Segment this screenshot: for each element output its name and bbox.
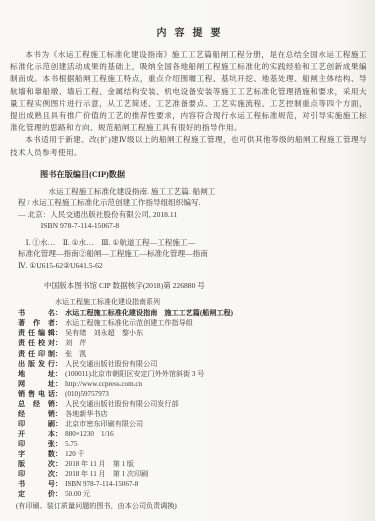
colophon-row: 字数：120 千: [18, 449, 367, 459]
colophon-value: 120 千: [65, 449, 85, 459]
colophon-value: 880×1230 1/16: [65, 429, 114, 439]
quality-note: (有印刷、装订质量问题的图书，由本公司负责调换): [16, 501, 367, 511]
colophon-row: 网址：http://www.ccpress.com.cn: [18, 379, 367, 389]
colophon-row: 定价：50.00 元: [18, 489, 367, 499]
colophon-colon: ：: [55, 349, 62, 359]
colophon-label: 总经销: [18, 399, 55, 409]
colophon-colon: ：: [55, 389, 62, 399]
colophon-row: 地址：(100011)北京市朝阳区安定门外外馆斜街 3 号: [18, 369, 367, 379]
colophon-colon: ：: [55, 469, 62, 479]
colophon-colon: ：: [55, 429, 62, 439]
series-title: 水运工程施工标准化建设指南系列: [55, 297, 367, 307]
cip-entry-line: ISBN 978-7-114-15067-8: [18, 220, 367, 232]
colophon-label: 地址: [18, 369, 55, 379]
copyright-page: 内容提要 本书为《水运工程施工标准化建设指南》施工工艺篇船闸工程分册，是在总结全…: [0, 0, 375, 521]
colophon-row: 出版发行：人民交通出版社股份有限公司: [18, 359, 367, 369]
colophon-row: 书名：水运工程施工标准化建设指南 施工工艺篇(船闸工程): [18, 308, 367, 318]
colophon-row: 责任印制：张 凯: [18, 349, 367, 359]
colophon-value: 水运工程施工标准化建设指南 施工工艺篇(船闸工程): [65, 308, 233, 318]
colophon-colon: ：: [55, 449, 62, 459]
cip-classification-line: Ⅰ. ①水… Ⅱ. ①水… Ⅲ. ①航道工程—工程施工—: [18, 237, 367, 249]
colophon-row: 销售电话：(010)59757973: [18, 389, 367, 399]
colophon-colon: ：: [55, 379, 62, 389]
colophon-label: 书号: [18, 479, 55, 489]
colophon-colon: ：: [55, 318, 62, 328]
content-summary: 本书为《水运工程施工标准化建设指南》施工工艺篇船闸工程分册，是在总结全国水运工程…: [10, 49, 367, 159]
cip-classification: Ⅰ. ①水… Ⅱ. ①水… Ⅲ. ①航道工程—工程施工—标准化管理—指南②船闸—…: [18, 237, 367, 272]
colophon-value: 水运工程施工标准化示范创建工作指导组: [65, 318, 193, 328]
colophon-colon: ：: [55, 479, 62, 489]
colophon-label: 经销: [18, 409, 55, 419]
colophon-label: 字数: [18, 449, 55, 459]
colophon-value: 北京市密东印刷有限公司: [65, 419, 143, 429]
colophon-label: 出版发行: [18, 359, 55, 369]
cip-heading: 图书在版编目(CIP)数据: [40, 169, 367, 180]
colophon-row: 经销：各地新华书店: [18, 409, 367, 419]
colophon-colon: ：: [55, 399, 62, 409]
colophon-value: http://www.ccpress.com.cn: [65, 380, 142, 388]
colophon-colon: ：: [55, 439, 62, 449]
colophon-colon: ：: [55, 489, 62, 499]
content-summary-heading: 内容提要: [10, 24, 367, 39]
colophon-label: 责任印制: [18, 349, 55, 359]
colophon-label: 印刷: [18, 419, 55, 429]
colophon-value: 吴有绪 刘永超 黎小东: [65, 328, 143, 338]
colophon-value: (010)59757973: [65, 390, 109, 398]
colophon-colon: ：: [55, 369, 62, 379]
cip-classification-line: Ⅳ. ①U615-62②U641.5-62: [18, 260, 367, 272]
colophon-row: 书号：ISBN 978-7-114-15067-8: [18, 479, 367, 489]
cip-entry-line: — 北京：人民交通出版社股份有限公司, 2018.11: [18, 209, 367, 221]
colophon: 书名：水运工程施工标准化建设指南 施工工艺篇(船闸工程)著作者：水运工程施工标准…: [18, 308, 367, 499]
cip-entry-line: 程 / 水运工程施工标准化示范创建工作指导组组织编写.: [18, 197, 367, 209]
cip-entry: 水运工程施工标准化建设指南. 施工工艺篇. 船闸工程 / 水运工程施工标准化示范…: [18, 186, 367, 232]
colophon-label: 开本: [18, 429, 55, 439]
cip-record-number: 中国版本图书馆 CIP 数据核字(2018)第 226880 号: [44, 280, 367, 291]
colophon-colon: ：: [55, 338, 62, 348]
colophon-colon: ：: [55, 459, 62, 469]
colophon-label: 版次: [18, 459, 55, 469]
colophon-label: 定价: [18, 489, 55, 499]
colophon-colon: ：: [55, 359, 62, 369]
colophon-row: 版次：2018 年 11 月 第 1 版: [18, 459, 367, 469]
colophon-value: ISBN 978-7-114-15067-8: [65, 480, 138, 488]
colophon-label: 责任编辑: [18, 328, 55, 338]
colophon-value: 各地新华书店: [65, 409, 108, 419]
colophon-row: 责任编辑：吴有绪 刘永超 黎小东: [18, 328, 367, 338]
colophon-value: 2018 年 11 月 第 1 次印刷: [65, 469, 148, 479]
colophon-row: 印刷：北京市密东印刷有限公司: [18, 419, 367, 429]
colophon-label: 网址: [18, 379, 55, 389]
colophon-value: (100011)北京市朝阳区安定门外外馆斜街 3 号: [65, 369, 204, 379]
colophon-value: 5.75: [65, 440, 77, 448]
colophon-colon: ：: [55, 328, 62, 338]
cip-classification-line: 标准化管理—指南②船闸—工程施工—标准化管理—指南: [18, 248, 367, 260]
summary-paragraph: 本书适用于新建、改(扩)建Ⅳ级以上的船闸工程施工管理，也可供其他等级的船闸工程施…: [10, 134, 367, 158]
colophon-value: 2018 年 11 月 第 1 版: [65, 459, 134, 469]
colophon-label: 责任校对: [18, 338, 55, 348]
colophon-row: 责任校对：刘 芹: [18, 338, 367, 348]
colophon-value: 刘 芹: [65, 338, 86, 348]
colophon-row: 著作者：水运工程施工标准化示范创建工作指导组: [18, 318, 367, 328]
colophon-value: 50.00 元: [65, 489, 90, 499]
colophon-colon: ：: [55, 409, 62, 419]
colophon-label: 印张: [18, 439, 55, 449]
colophon-value: 张 凯: [65, 349, 86, 359]
summary-paragraph: 本书为《水运工程施工标准化建设指南》施工工艺篇船闸工程分册，是在总结全国水运工程…: [10, 49, 367, 134]
colophon-label: 销售电话: [18, 389, 55, 399]
colophon-colon: ：: [55, 419, 62, 429]
colophon-label: 著作者: [18, 318, 55, 328]
cip-section: 图书在版编目(CIP)数据 水运工程施工标准化建设指南. 施工工艺篇. 船闸工程…: [18, 169, 367, 292]
cip-entry-line: 水运工程施工标准化建设指南. 施工工艺篇. 船闸工: [18, 186, 367, 198]
colophon-label: 书名: [18, 308, 55, 318]
colophon-row: 印张：5.75: [18, 439, 367, 449]
colophon-value: 人民交通出版社股份有限公司发行部: [65, 399, 179, 409]
colophon-row: 开本：880×1230 1/16: [18, 429, 367, 439]
colophon-row: 总经销：人民交通出版社股份有限公司发行部: [18, 399, 367, 409]
colophon-row: 印次：2018 年 11 月 第 1 次印刷: [18, 469, 367, 479]
colophon-colon: ：: [55, 308, 62, 318]
colophon-label: 印次: [18, 469, 55, 479]
colophon-value: 人民交通出版社股份有限公司: [65, 359, 157, 369]
